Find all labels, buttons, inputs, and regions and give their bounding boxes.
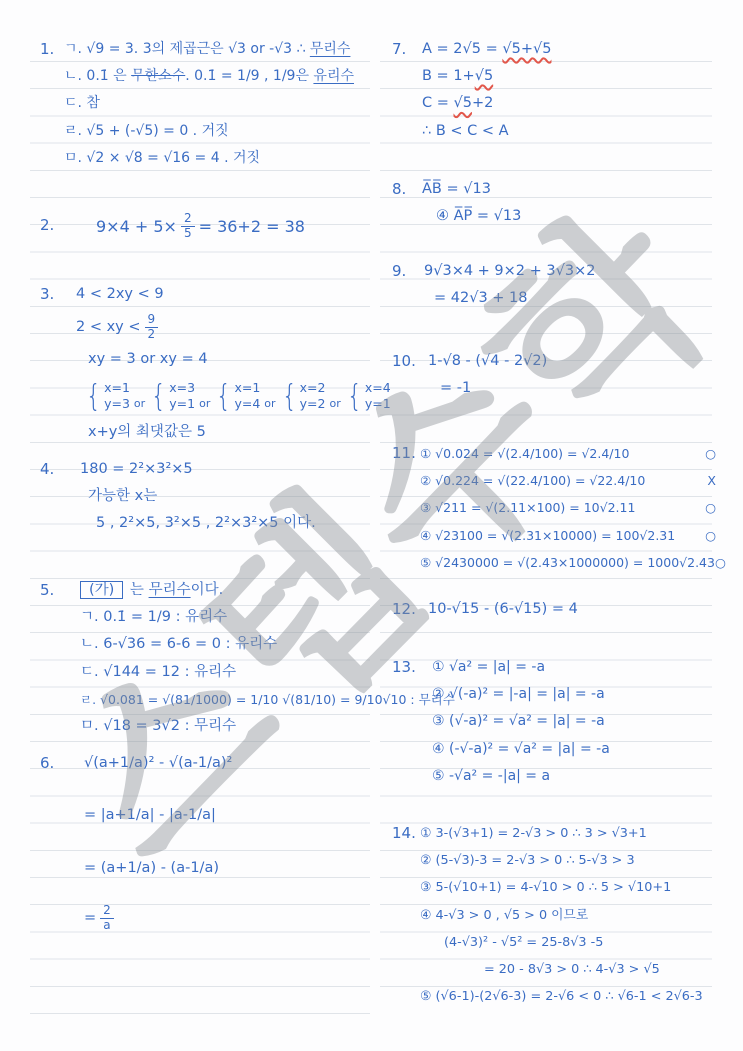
fraction-denominator: a <box>100 919 113 933</box>
math-line: ① √0.024 = √(2.4/100) = √2.4/10○ <box>420 440 740 467</box>
problem-8: 8. A̅B̅ = √13 ④ A̅P̅ = √13 <box>392 176 740 230</box>
math-line: = 2a <box>84 898 370 938</box>
math-line: 5 , 2²×5, 3²×5 , 2²×3²×5 이다. <box>80 510 370 537</box>
math-line: ⑤ -√a² = -|a| = a <box>432 763 740 790</box>
math-text: ④ √23100 = √(2.31×10000) = 100√2.31 <box>420 522 675 549</box>
math-line: √(a+1/a)² - √(a-1/a)² <box>84 750 370 784</box>
boxed-answer-label: (가) <box>80 581 123 599</box>
problem-number: 10. <box>392 348 416 375</box>
math-line: (4-√3)² - √5² = 25-8√3 -5 <box>420 929 743 956</box>
fraction: 2a <box>100 904 114 933</box>
x-value: x=3 <box>169 380 195 397</box>
fraction: 25 <box>181 212 195 241</box>
brace-icon: { <box>216 379 231 414</box>
math-line: ㅁ. √18 = 3√2 : 무리수 <box>80 713 370 740</box>
solution-pairs-row: {x=1y=3 or {x=3y=1 or {x=1y=4 or {x=2y=2… <box>76 373 370 419</box>
math-line: 180 = 2²×3²×5 <box>80 456 370 483</box>
math-text: ② √0.224 = √(22.4/100) = √22.4/10 <box>420 467 645 494</box>
math-line: = 20 - 8√3 > 0 ∴ 4-√3 > √5 <box>420 956 743 983</box>
math-line: = (a+1/a) - (a-1/a) <box>84 855 370 882</box>
math-text: B = 1+ <box>422 68 475 84</box>
problem-1: 1. ㄱ. √9 = 3. 3의 제곱근은 √3 or -√3 ∴ 무리수 ㄴ.… <box>40 36 370 172</box>
math-text: C = <box>422 95 454 111</box>
problem-number: 13. <box>392 654 416 681</box>
underlined-term: 무리수 <box>149 582 191 598</box>
problem-2: 2. 9×4 + 5× 25 = 36+2 = 38 <box>40 205 370 247</box>
xy-solution-pair: {x=3y=1 <box>149 379 195 414</box>
math-text: +2 <box>472 95 493 111</box>
problem-13: 13. ① √a² = |a| = -a ② √(-a)² = |-a| = |… <box>392 654 740 790</box>
x-value: x=1 <box>234 380 260 397</box>
math-text: 는 <box>125 582 148 598</box>
math-line: ㄹ. √5 + (-√5) = 0 . 거짓 <box>64 118 370 145</box>
problem-number: 11. <box>392 440 416 467</box>
problem-number: 7. <box>392 36 406 63</box>
math-line: xy = 3 or xy = 4 <box>76 346 370 373</box>
check-circle-mark: ○ <box>705 522 740 549</box>
problem-14: 14. ① 3-(√3+1) = 2-√3 > 0 ∴ 3 > √3+1 ② (… <box>392 820 743 1010</box>
or-label: or <box>199 397 210 410</box>
math-line: ㄷ. 참 <box>64 90 370 117</box>
math-line: ㄹ. √0.081 = √(81/1000) = 1/10 √(81/10) =… <box>80 686 370 713</box>
math-text: A = 2√5 = <box>422 41 502 57</box>
math-line: ④ (-√-a)² = √a² = |a| = -a <box>432 736 740 763</box>
fraction-numerator: 2 <box>100 904 114 919</box>
y-value: y=1 <box>169 396 195 413</box>
math-line: B = 1+√5 <box>422 63 740 90</box>
wavy-marked-term: √5 <box>475 68 493 84</box>
problem-11: 11. ① √0.024 = √(2.4/100) = √2.4/10○ ② √… <box>392 440 740 576</box>
problem-number: 14. <box>392 820 416 847</box>
or-label: or <box>264 397 275 410</box>
math-line: ∴ B < C < A <box>422 118 740 145</box>
math-text: ㄴ. 0.1̇ 은 <box>64 68 131 84</box>
math-text: ㄱ. √9 = 3. 3의 제곱근은 √3 or -√3 ∴ <box>64 41 310 57</box>
fraction-denominator: 2 <box>145 328 159 342</box>
problem-6: 6. √(a+1/a)² - √(a-1/a)² = |a+1/a| - |a-… <box>40 750 370 938</box>
math-text: ③ √211 = √(2.11×100) = 10√2.11 <box>420 494 635 521</box>
wavy-marked-term: √5 <box>454 95 472 111</box>
problem-5: 5. (가) 는 무리수이다. ㄱ. 0.1̇ = 1/9 : 유리수 ㄴ. 6… <box>40 577 370 740</box>
problem-number: 4. <box>40 456 54 483</box>
problem-number: 6. <box>40 750 54 777</box>
math-line: = -1 <box>428 375 740 402</box>
math-line: 2 < xy < 92 <box>76 308 370 346</box>
math-line: 9√3×4 + 9×2 + 3√3×2 <box>424 258 740 285</box>
x-value: x=1 <box>104 380 130 397</box>
math-line: ② √(-a)² = |-a| = |a| = -a <box>432 681 740 708</box>
math-line: A = 2√5 = √5+√5 <box>422 36 740 63</box>
math-line: ㄴ. 6-√36 = 6-6 = 0 : 유리수 <box>80 631 370 658</box>
xy-solution-pair: {x=1y=4 <box>214 379 260 414</box>
math-line: (가) 는 무리수이다. <box>80 577 370 604</box>
notebook-page: 1. ㄱ. √9 = 3. 3의 제곱근은 √3 or -√3 ∴ 무리수 ㄴ.… <box>0 0 743 1051</box>
math-line: = 42√3 + 18 <box>424 285 740 312</box>
math-line: C = √5+2 <box>422 90 740 117</box>
math-line: ③ 5-(√10+1) = 4-√10 > 0 ∴ 5 > √10+1 <box>420 874 743 901</box>
fraction: 92 <box>145 313 159 342</box>
math-line: 4 < 2xy < 9 <box>76 281 370 308</box>
check-circle-mark: ○ <box>705 494 740 521</box>
brace-icon: { <box>281 379 296 414</box>
math-text: . 0.1̇ = 1/9 , 1/9은 <box>185 68 313 84</box>
math-line: ② (5-√3)-3 = 2-√3 > 0 ∴ 5-√3 > 3 <box>420 847 743 874</box>
math-line: ㄷ. √144 = 12 : 유리수 <box>80 659 370 686</box>
math-line: ⑤ (√6-1)-(2√6-3) = 2-√6 < 0 ∴ √6-1 < 2√6… <box>420 983 743 1010</box>
math-line: ③ √211 = √(2.11×100) = 10√2.11○ <box>420 494 740 521</box>
math-line: ② √0.224 = √(22.4/100) = √22.4/10X <box>420 467 740 494</box>
problem-7: 7. A = 2√5 = √5+√5 B = 1+√5 C = √5+2 ∴ B… <box>392 36 740 145</box>
math-line: 1-√8 - (√4 - 2√2) <box>428 348 740 375</box>
problem-number: 8. <box>392 176 406 203</box>
fraction-denominator: 5 <box>181 227 195 241</box>
math-text: = <box>84 905 96 932</box>
problem-number: 1. <box>40 36 54 63</box>
fraction-numerator: 9 <box>145 313 159 328</box>
math-line: x+y의 최댓값은 5 <box>76 419 370 446</box>
problem-9: 9. 9√3×4 + 9×2 + 3√3×2 = 42√3 + 18 <box>392 258 740 312</box>
math-line: ④ A̅P̅ = √13 <box>422 203 740 230</box>
math-line: ④ 4-√3 > 0 , √5 > 0 이므로 <box>420 902 743 929</box>
math-line: ㄱ. 0.1̇ = 1/9 : 유리수 <box>80 604 370 631</box>
check-circle-mark: ○ <box>715 549 743 576</box>
math-text: 9×4 + 5× <box>96 217 177 236</box>
fraction-numerator: 2 <box>181 212 195 227</box>
math-line: ㄱ. √9 = 3. 3의 제곱근은 √3 or -√3 ∴ 무리수 <box>64 36 370 63</box>
x-value: x=2 <box>300 380 326 397</box>
problem-3: 3. 4 < 2xy < 9 2 < xy < 92 xy = 3 or xy … <box>40 281 370 447</box>
xy-solution-pair: {x=2y=2 <box>280 379 326 414</box>
math-line: 가능한 x는 <box>80 483 370 510</box>
math-line: ㄴ. 0.1̇ 은 무한소수. 0.1̇ = 1/9 , 1/9은 유리수 <box>64 63 370 90</box>
math-line: ① √a² = |a| = -a <box>432 654 740 681</box>
math-line: A̅B̅ = √13 <box>422 176 740 203</box>
math-line: ㅁ. √2 × √8 = √16 = 4 . 거짓 <box>64 145 370 172</box>
underlined-term: 무리수 <box>310 41 351 57</box>
math-line: 9×4 + 5× 25 = 36+2 = 38 <box>96 205 370 247</box>
problem-10: 10. 1-√8 - (√4 - 2√2) = -1 <box>392 348 740 402</box>
problem-number: 12. <box>392 596 416 623</box>
y-value: y=3 <box>104 396 130 413</box>
problem-number: 9. <box>392 258 406 285</box>
math-text: = 36+2 = 38 <box>199 217 305 236</box>
wavy-marked-term: √5+√5 <box>502 41 551 57</box>
math-text: 2 < xy < <box>76 314 141 341</box>
math-text: 이다. <box>191 582 224 598</box>
math-line: ③ (√-a)² = √a² = |a| = -a <box>432 708 740 735</box>
problem-12: 12. 10-√15 - (6-√15) = 4 <box>392 596 740 623</box>
x-value: x=4 <box>365 380 391 397</box>
math-text: ⑤ √2430000 = √(2.43×1000000) = 1000√2.43 <box>420 549 715 576</box>
check-circle-mark: ○ <box>705 440 740 467</box>
problem-number: 3. <box>40 281 54 308</box>
y-value: y=2 <box>300 396 326 413</box>
or-label: or <box>329 397 340 410</box>
y-value: y=4 <box>234 396 260 413</box>
xy-solution-pair: {x=4y=1 <box>345 379 391 414</box>
brace-icon: { <box>151 379 166 414</box>
problem-4: 4. 180 = 2²×3²×5 가능한 x는 5 , 2²×5, 3²×5 ,… <box>40 456 370 538</box>
math-line: ④ √23100 = √(2.31×10000) = 100√2.31○ <box>420 522 740 549</box>
math-line: = |a+1/a| - |a-1/a| <box>84 802 370 829</box>
math-text: ① √0.024 = √(2.4/100) = √2.4/10 <box>420 440 629 467</box>
y-value: y=1 <box>365 396 391 413</box>
xy-solution-pair: {x=1y=3 <box>84 379 130 414</box>
strikethrough-term: 무한소수 <box>131 68 185 84</box>
or-label: or <box>134 397 145 410</box>
brace-icon: { <box>86 379 101 414</box>
math-line: ⑤ √2430000 = √(2.43×1000000) = 1000√2.43… <box>420 549 740 576</box>
problem-number: 5. <box>40 577 54 604</box>
x-mark: X <box>707 467 740 494</box>
math-line: ① 3-(√3+1) = 2-√3 > 0 ∴ 3 > √3+1 <box>420 820 743 847</box>
underlined-term: 유리수 <box>313 68 354 84</box>
brace-icon: { <box>347 379 362 414</box>
problem-number: 2. <box>40 212 54 239</box>
math-line: 10-√15 - (6-√15) = 4 <box>428 596 740 623</box>
